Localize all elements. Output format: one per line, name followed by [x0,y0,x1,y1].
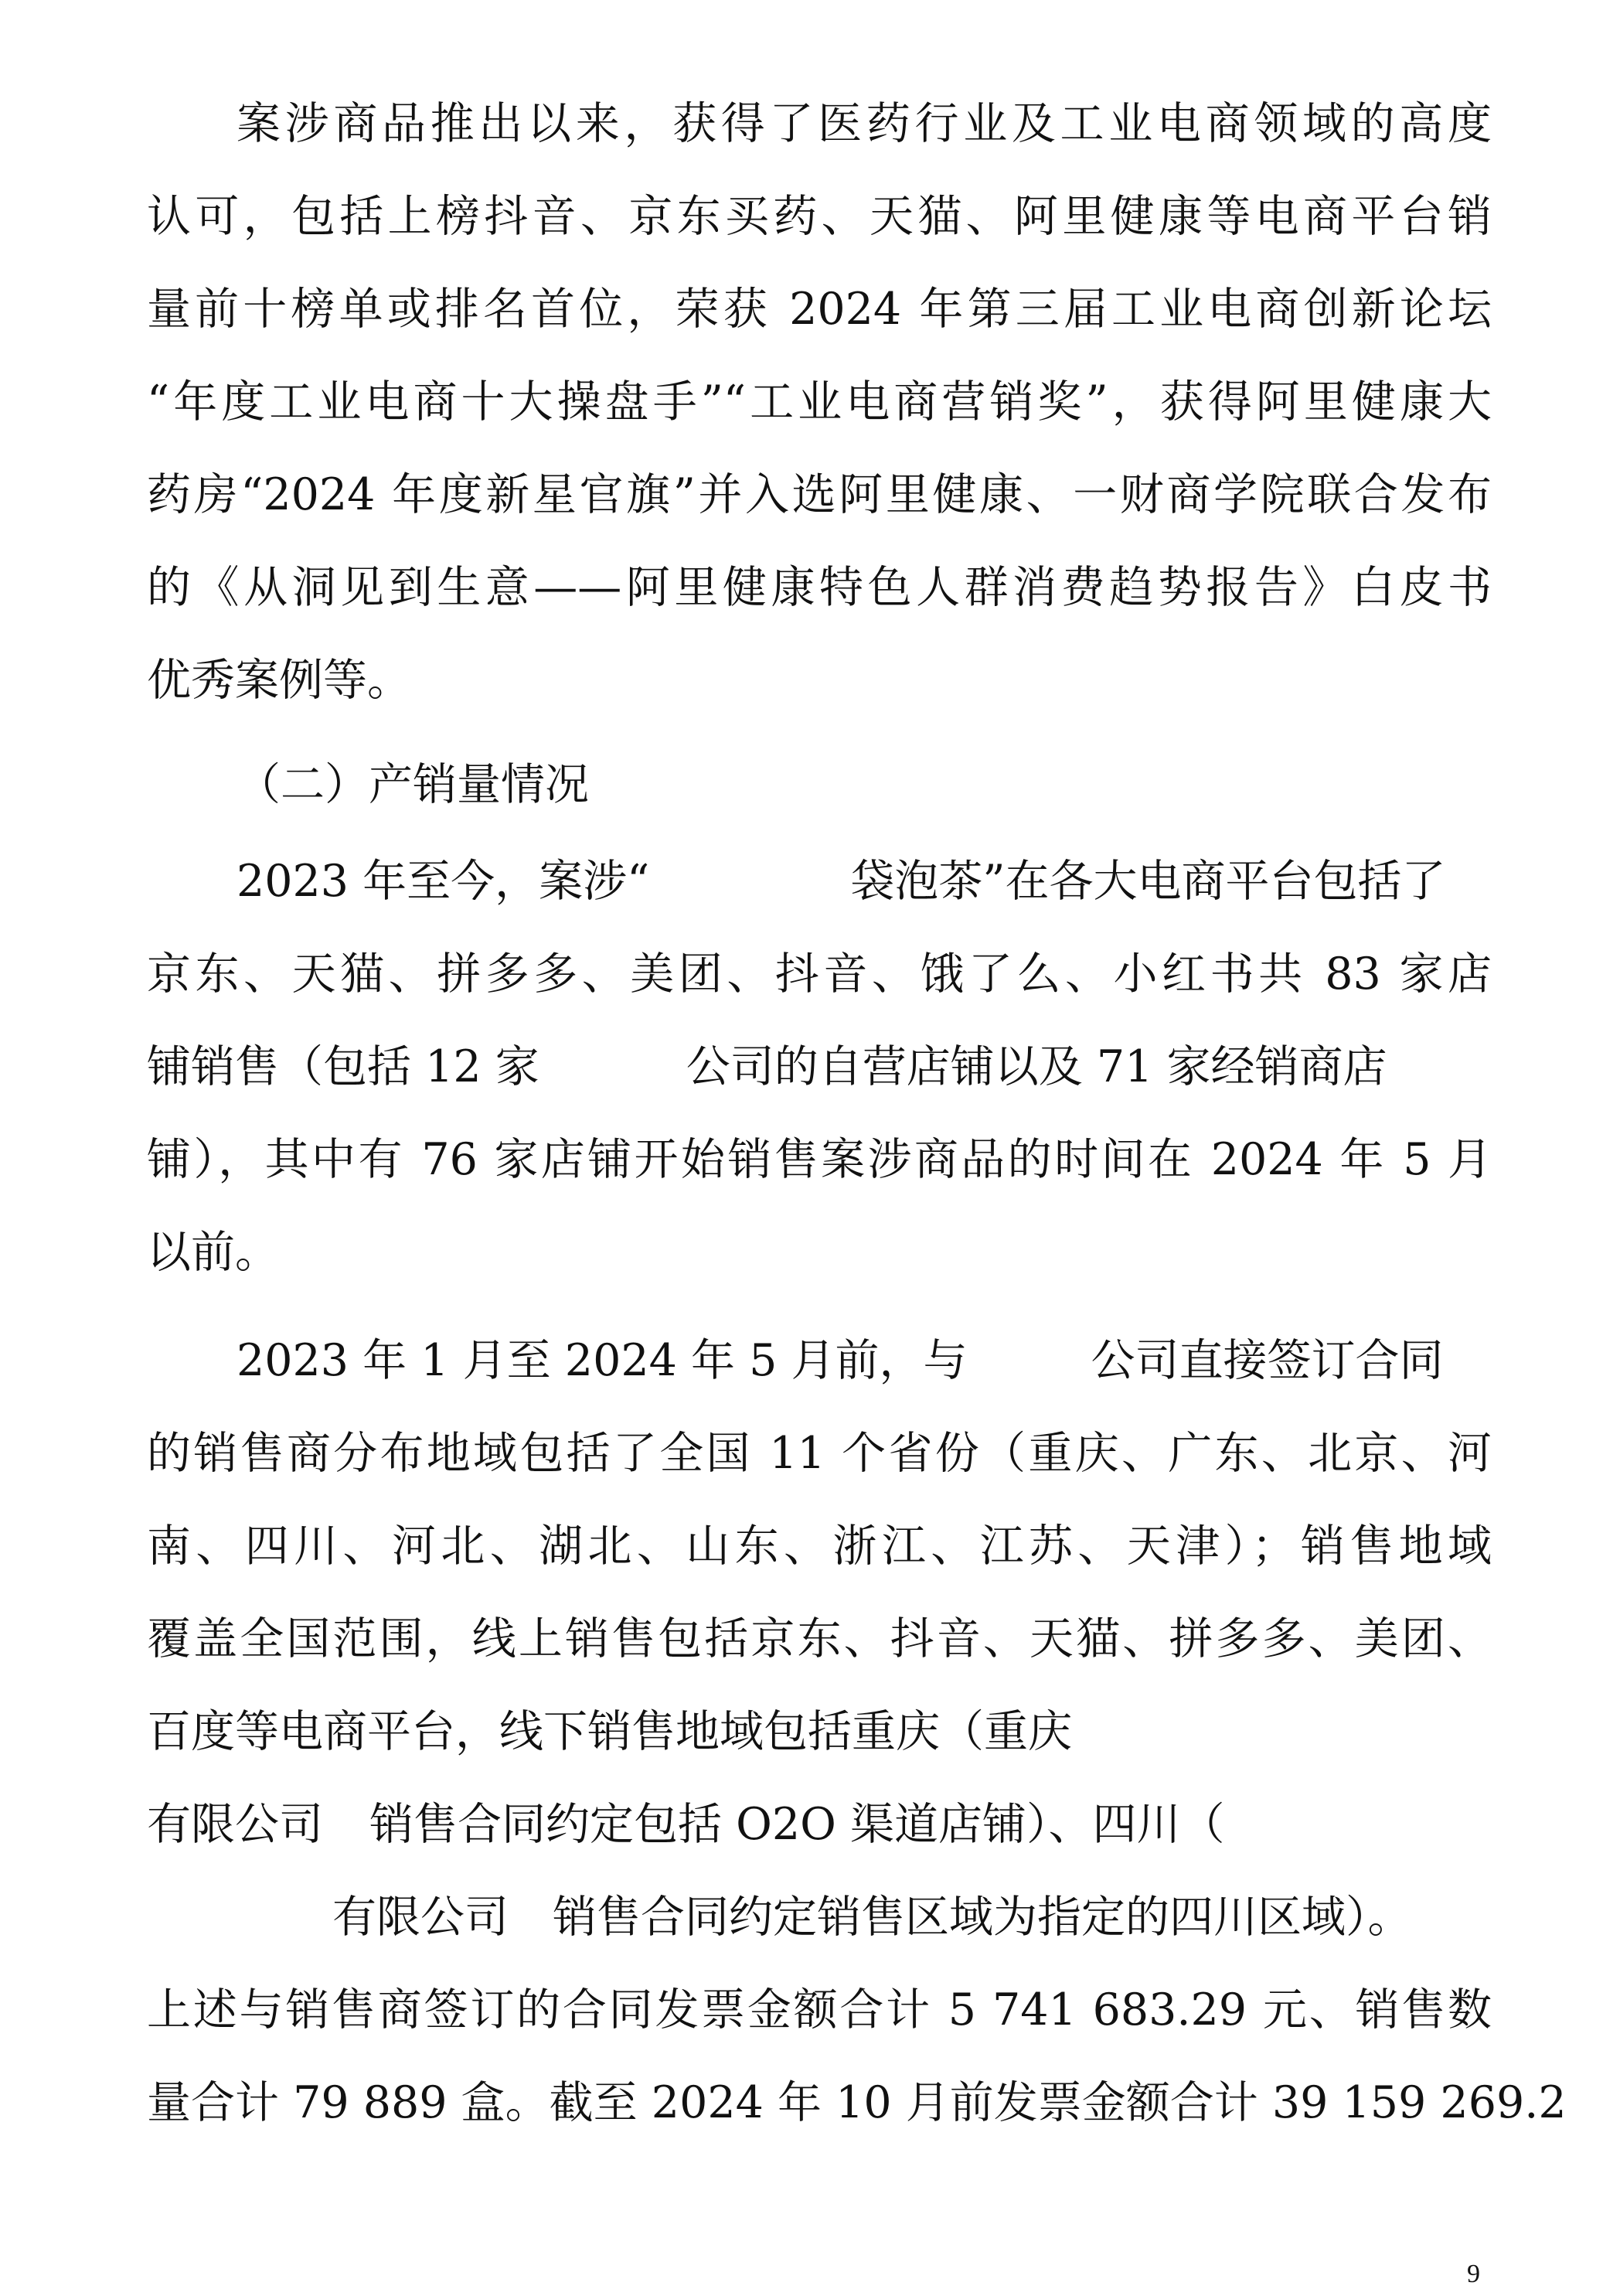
paragraph-3-line-6: 有限公司销售合同约定包括 O2O 渠道店铺）、四川（ [147,1794,1224,1855]
paragraph-3-line-8: 上述与销售商签订的合同发票金额合计 5 741 683.29 元、销售数 [147,1979,1492,2041]
text-segment: 销售合同约定包括 O2O 渠道店铺）、四川（ [369,1799,1224,1850]
paragraph-1-line-5: 药房“2024 年度新星官旗”并入选阿里健康、一财商学院联合发布 [147,464,1492,526]
text-segment: 公司直接签订合同 [1091,1335,1443,1386]
paragraph-1-line-2: 认可，包括上榜抖音、京东买药、天猫、阿里健康等电商平台销 [147,186,1492,247]
text-segment: 有限公司 [147,1799,323,1850]
paragraph-1-line-1: 案涉商品推出以来，获得了医药行业及工业电商领域的高度 [237,93,1492,155]
paragraph-2-line-5: 以前。 [147,1221,279,1283]
paragraph-3-line-3: 南、四川、河北、湖北、山东、浙江、江苏、天津）；销售地域 [147,1515,1492,1577]
paragraph-2-line-3: 铺销售（包括 12 家公司的自营店铺以及 71 家经销商店 [147,1036,1492,1098]
paragraph-2-line-4: 铺），其中有 76 家店铺开始销售案涉商品的时间在 2024 年 5 月 [147,1129,1492,1191]
paragraph-3-line-4: 覆盖全国范围，线上销售包括京东、抖音、天猫、拼多多、美团、 [147,1608,1492,1670]
paragraph-3-line-7: 有限公司 销售合同约定销售区域为指定的四川区域）。 [147,1886,1412,1948]
text-segment: 公司的自营店铺以及 71 家经销商店 [686,1041,1387,1092]
paragraph-3-line-9: 量合计 79 889 盒。截至 2024 年 10 月前发票金额合计 39 15… [147,2072,1492,2134]
text-segment: 有限公司 销售合同约定销售区域为指定的四川区域）。 [332,1892,1412,1943]
paragraph-1-line-6: 的《从洞见到生意——阿里健康特色人群消费趋势报告》白皮书 [147,557,1492,618]
paragraph-2-line-2: 京东、天猫、拼多多、美团、抖音、饿了么、小红书共 83 家店 [147,943,1492,1005]
text-segment: 2023 年 1 月至 2024 年 5 月前，与 [237,1335,967,1386]
page-number: 9 [1467,2259,1480,2290]
paragraph-3-line-2: 的销售商分布地域包括了全国 11 个省份（重庆、广东、北京、河 [147,1422,1492,1484]
text-segment: 铺销售（包括 12 家 [147,1041,539,1092]
paragraph-1-line-7: 优秀案例等。 [147,649,411,711]
paragraph-3-line-5: 百度等电商平台，线下销售地域包括重庆（重庆 [147,1701,1072,1763]
paragraph-1-line-4: “年度工业电商十大操盘手”“工业电商营销奖”，获得阿里健康大 [147,371,1492,433]
document-page: 案涉商品推出以来，获得了医药行业及工业电商领域的高度 认可，包括上榜抖音、京东买… [0,0,1620,2296]
text-segment: 袋泡茶”在各大电商平台包括了 [850,856,1445,907]
text-segment: 2023 年至今，案涉“ [237,856,649,907]
paragraph-1-line-3: 量前十榜单或排名首位，荣获 2024 年第三届工业电商创新论坛 [147,278,1492,340]
paragraph-2-line-1: 2023 年至今，案涉“袋泡茶”在各大电商平台包括了 [237,850,1492,912]
paragraph-3-line-1: 2023 年 1 月至 2024 年 5 月前，与公司直接签订合同 [237,1330,1492,1392]
section-heading: （二）产销量情况 [237,754,589,816]
